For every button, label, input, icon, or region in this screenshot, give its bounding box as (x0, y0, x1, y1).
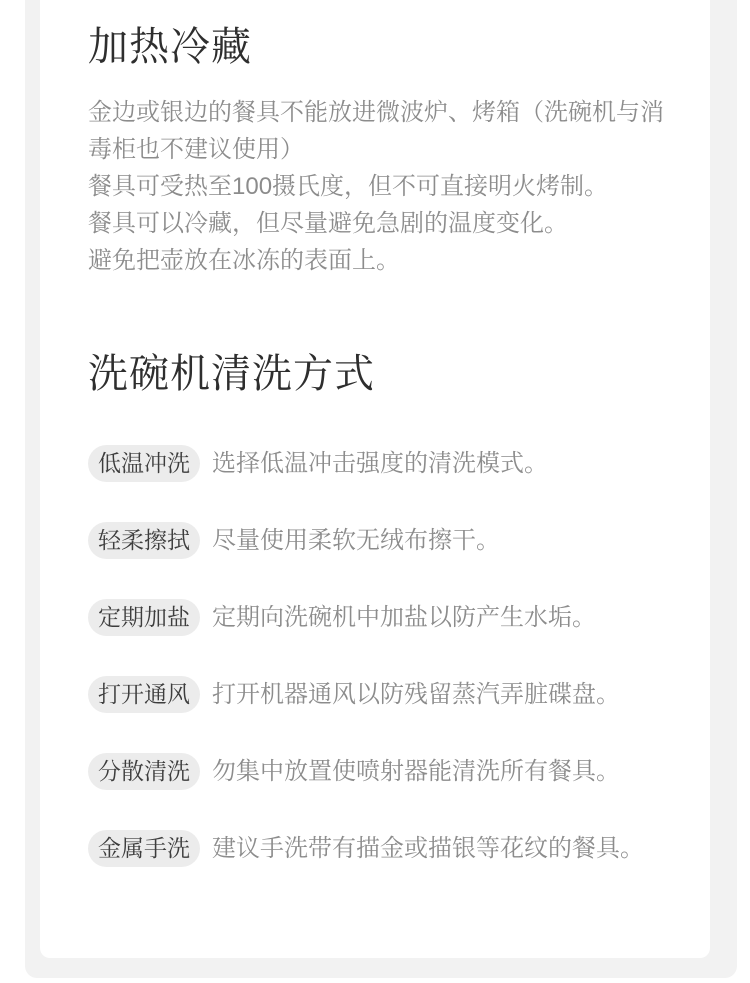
heating-line: 避免把壶放在冰冻的表面上。 (88, 242, 673, 279)
tip-row: 金属手洗 建议手洗带有描金或描银等花纹的餐具。 (88, 830, 673, 867)
tip-description: 定期向洗碗机中加盐以防产生水垢。 (212, 599, 596, 636)
heating-paragraph: 金边或银边的餐具不能放进微波炉、烤箱（洗碗机与消毒柜也不建议使用） 餐具可受热至… (88, 94, 673, 279)
tip-tag-badge: 轻柔擦拭 (88, 522, 200, 559)
tip-tag-badge: 打开通风 (88, 676, 200, 713)
tip-row: 打开通风 打开机器通风以防残留蒸汽弄脏碟盘。 (88, 676, 673, 713)
tip-description: 尽量使用柔软无绒布擦干。 (212, 522, 500, 559)
dishwasher-tip-list: 低温冲洗 选择低温冲击强度的清洗模式。 轻柔擦拭 尽量使用柔软无绒布擦干。 定期… (88, 445, 673, 867)
heating-line: 餐具可受热至100摄氏度，但不可直接明火烤制。 (88, 168, 673, 205)
tip-description: 建议手洗带有描金或描银等花纹的餐具。 (212, 830, 644, 867)
tip-tag-badge: 低温冲洗 (88, 445, 200, 482)
care-instructions-content: 加热冷藏 金边或银边的餐具不能放进微波炉、烤箱（洗碗机与消毒柜也不建议使用） 餐… (88, 22, 673, 907)
tip-row: 低温冲洗 选择低温冲击强度的清洗模式。 (88, 445, 673, 482)
tip-row: 分散清洗 勿集中放置使喷射器能清洗所有餐具。 (88, 753, 673, 790)
tip-tag-badge: 金属手洗 (88, 830, 200, 867)
tip-description: 勿集中放置使喷射器能清洗所有餐具。 (212, 753, 620, 790)
tip-description: 选择低温冲击强度的清洗模式。 (212, 445, 548, 482)
tip-description: 打开机器通风以防残留蒸汽弄脏碟盘。 (212, 676, 620, 713)
heating-line: 餐具可以冷藏，但尽量避免急剧的温度变化。 (88, 205, 673, 242)
heating-line: 金边或银边的餐具不能放进微波炉、烤箱（洗碗机与消毒柜也不建议使用） (88, 94, 673, 168)
tip-tag-badge: 分散清洗 (88, 753, 200, 790)
section-title-heating: 加热冷藏 (88, 22, 673, 72)
tip-tag-badge: 定期加盐 (88, 599, 200, 636)
tip-row: 定期加盐 定期向洗碗机中加盐以防产生水垢。 (88, 599, 673, 636)
tip-row: 轻柔擦拭 尽量使用柔软无绒布擦干。 (88, 522, 673, 559)
section-title-dishwasher: 洗碗机清洗方式 (88, 349, 673, 399)
